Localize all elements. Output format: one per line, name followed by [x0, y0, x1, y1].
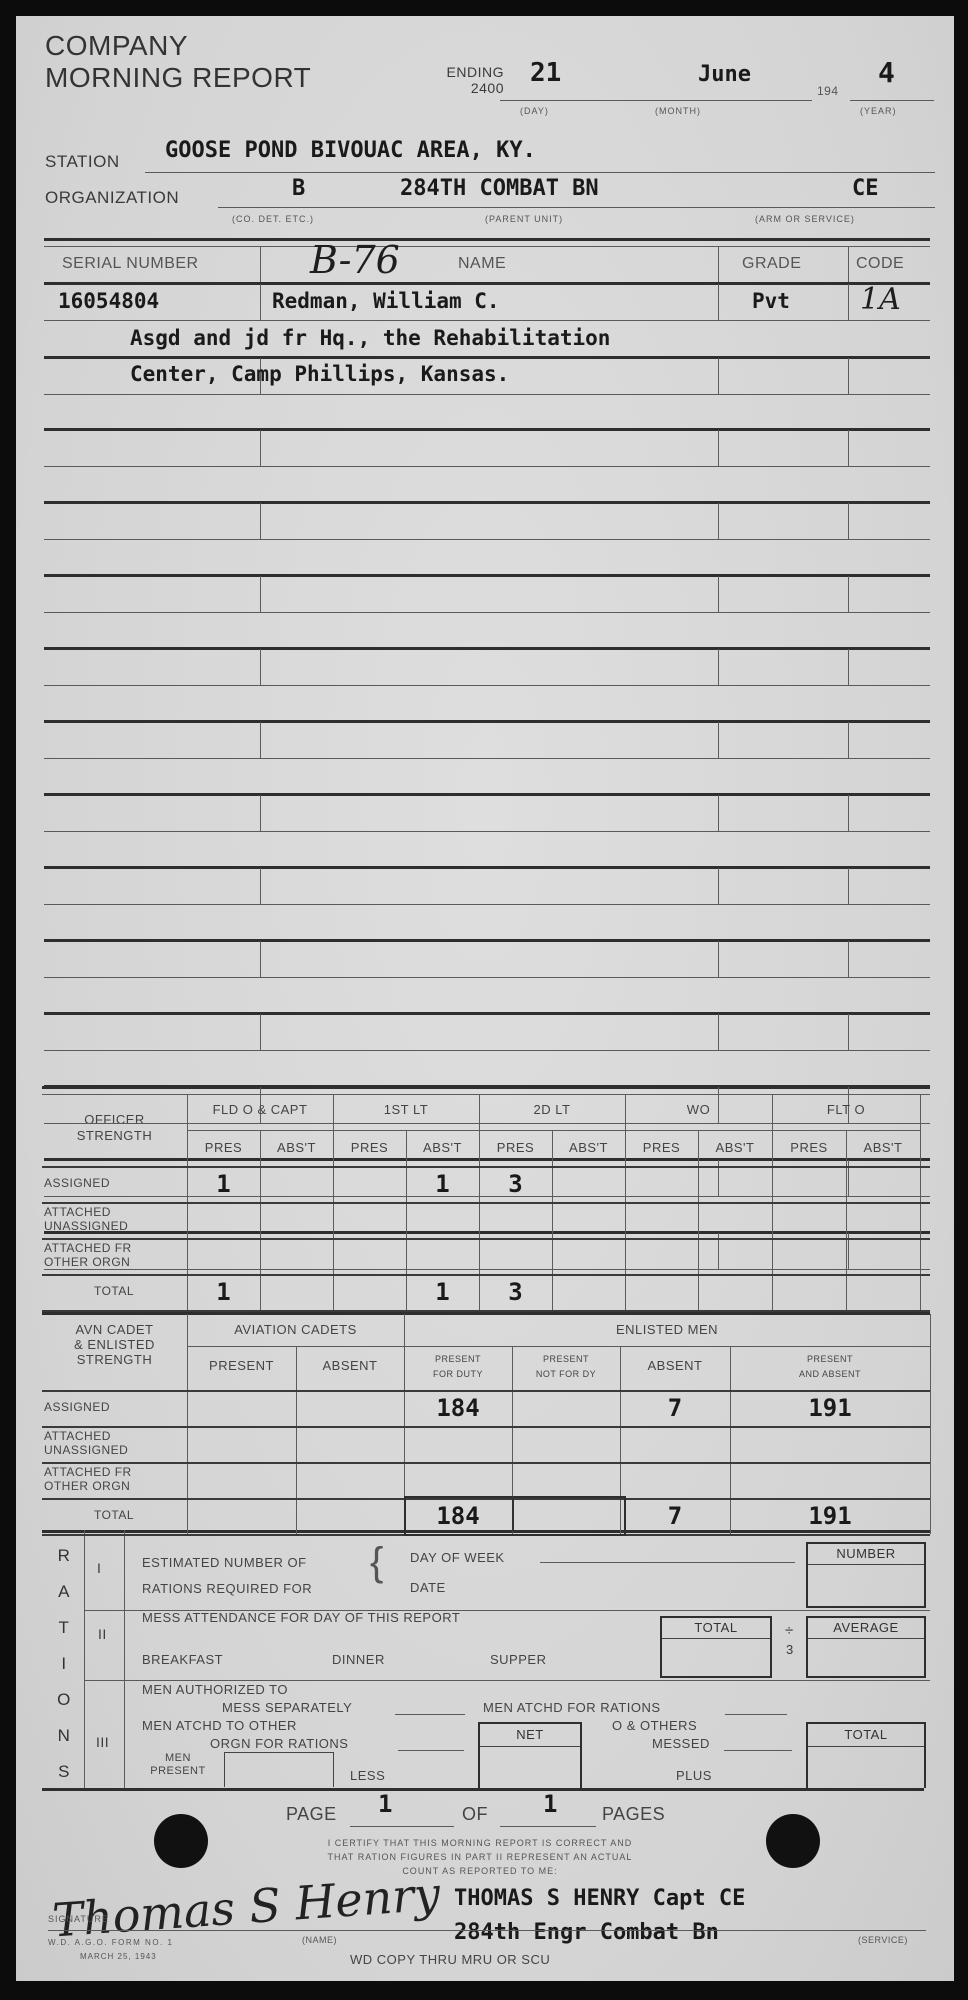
row-rule	[44, 1050, 930, 1051]
col-divider	[260, 284, 261, 320]
men-present-field[interactable]	[224, 1752, 334, 1787]
number-box[interactable]: NUMBER	[806, 1542, 926, 1608]
col-divider	[848, 941, 849, 977]
col-divider	[718, 941, 719, 977]
report-day: 21	[530, 58, 561, 88]
form-date: MARCH 25, 1943	[80, 1952, 157, 1961]
col-divider	[260, 868, 261, 904]
row-rule	[44, 1158, 930, 1161]
average-label: AVERAGE	[808, 1618, 924, 1639]
rations-side-letter: T	[44, 1618, 84, 1638]
form-title-line2: MORNING REPORT	[45, 62, 311, 94]
row-rule	[44, 685, 930, 686]
year-caption: (YEAR)	[860, 106, 897, 116]
divide-icon: ÷	[785, 1622, 794, 1639]
enlisted-cell: 7	[620, 1502, 730, 1530]
enlisted-cell: 191	[730, 1394, 930, 1422]
row-rule	[44, 866, 930, 869]
officer-cell: 1	[406, 1170, 479, 1198]
page-number: 1	[378, 1790, 392, 1818]
col-divider	[930, 1314, 931, 1534]
date-line	[500, 100, 812, 101]
col-divider	[260, 649, 261, 685]
station-value: GOOSE POND BIVOUAC AREA, KY.	[165, 138, 536, 163]
row-rule	[44, 1085, 930, 1088]
company-caption: (CO. DET. ETC.)	[232, 214, 314, 224]
col-divider	[260, 503, 261, 539]
roster-top-rule-2	[44, 246, 930, 247]
col-divider	[718, 576, 719, 612]
officer-row-label: ATTACHEDUNASSIGNED	[44, 1205, 184, 1233]
atchd-other-line1: MEN ATCHD TO OTHER	[142, 1718, 297, 1733]
code-header: CODE	[856, 255, 904, 273]
supper-label: SUPPER	[490, 1652, 546, 1667]
rations-numeral-divider	[124, 1530, 125, 1790]
men-atchd-rations-label: MEN ATCHD FOR RATIONS	[483, 1700, 661, 1715]
row-rule	[42, 1238, 930, 1240]
col-divider	[718, 503, 719, 539]
rations-side-letter: N	[44, 1726, 84, 1746]
part2-rule	[84, 1680, 930, 1681]
row-rule	[44, 466, 930, 467]
col-divider	[718, 649, 719, 685]
row-rule	[44, 574, 930, 577]
officer-subcol-header: PRES	[333, 1140, 406, 1155]
rations-side-letter: I	[44, 1654, 84, 1674]
row-rule	[44, 793, 930, 796]
signature-caption: SIGNATURE	[48, 1914, 109, 1924]
row-rule	[42, 1166, 930, 1168]
name-caption: (NAME)	[302, 1935, 337, 1945]
enlisted-subheader-rule	[187, 1346, 930, 1347]
col-divider	[718, 1014, 719, 1050]
part1-line2: RATIONS REQUIRED FOR	[142, 1576, 312, 1602]
signature-line	[48, 1930, 926, 1931]
col-divider	[718, 868, 719, 904]
net-label: NET	[480, 1724, 580, 1747]
entry-serial: 16054804	[58, 289, 159, 313]
officer-cell: 3	[479, 1170, 552, 1198]
entry-grade: Pvt	[752, 289, 790, 313]
officer-label-2: STRENGTH	[42, 1128, 187, 1144]
col-divider	[718, 284, 719, 320]
mess-total-box[interactable]: TOTAL	[660, 1616, 772, 1678]
rations-side-letter: S	[44, 1762, 84, 1782]
aviation-cadets-header: AVIATION CADETS	[187, 1322, 404, 1337]
year-prefix: 194	[817, 84, 839, 98]
men-present-1: MEN	[130, 1752, 226, 1765]
page-line	[350, 1826, 454, 1827]
officer-subcol-header: PRES	[187, 1140, 260, 1155]
col-divider	[187, 1314, 188, 1534]
row-rule	[44, 356, 930, 359]
row-rule	[44, 612, 930, 613]
col-divider	[846, 1130, 847, 1310]
mess-separately-field[interactable]	[395, 1714, 465, 1715]
parent-unit-caption: (PARENT UNIT)	[485, 214, 563, 224]
ending-time: 2400	[430, 80, 504, 96]
col-divider	[718, 795, 719, 831]
row-rule	[44, 977, 930, 978]
col-divider	[260, 722, 261, 758]
entry-remark-line1: Asgd and jd fr Hq., the Rehabilitation	[130, 326, 610, 350]
col-divider	[848, 1014, 849, 1050]
page-label: PAGE	[286, 1804, 337, 1825]
col-divider	[260, 1014, 261, 1050]
of-label: OF	[462, 1804, 488, 1825]
col-divider	[260, 941, 261, 977]
enlisted-col-header: PRESENTNOT FOR DY	[512, 1352, 620, 1382]
net-box[interactable]: NET	[478, 1722, 582, 1788]
col-divider	[848, 358, 849, 394]
part3-numeral: III	[96, 1734, 109, 1750]
punch-hole-left-icon	[154, 1814, 208, 1868]
day-of-week-field[interactable]	[540, 1562, 795, 1563]
row-rule	[42, 1274, 930, 1276]
officer-subcol-header: ABS'T	[552, 1140, 625, 1155]
row-rule	[44, 939, 930, 942]
rations-side-letter: R	[44, 1546, 84, 1566]
row-rule	[42, 1390, 930, 1392]
enlisted-col-header: PRESENTFOR DUTY	[404, 1352, 512, 1382]
month-caption: (MONTH)	[655, 106, 701, 116]
form-title-line1: COMPANY	[45, 30, 311, 62]
arm-service-caption: (ARM OR SERVICE)	[755, 214, 855, 224]
col-divider	[848, 576, 849, 612]
part2-numeral: II	[98, 1626, 107, 1642]
certification-text: I CERTIFY THAT THIS MORNING REPORT IS CO…	[250, 1836, 710, 1878]
col-divider	[260, 1130, 261, 1310]
officer-row-label: ASSIGNED	[44, 1176, 184, 1190]
men-authorized-line2: MESS SEPARATELY	[222, 1700, 352, 1715]
col-divider	[260, 576, 261, 612]
men-authorized-line1: MEN AUTHORIZED TO	[142, 1682, 288, 1697]
company-value: B	[292, 176, 305, 201]
punch-hole-right-icon	[766, 1814, 820, 1868]
parent-unit-value: 284TH COMBAT BN	[400, 176, 599, 201]
enlisted-cell: 7	[620, 1394, 730, 1422]
row-rule	[44, 501, 930, 504]
col-divider	[848, 868, 849, 904]
rations-side-letter: A	[44, 1582, 84, 1602]
less-label: LESS	[350, 1768, 385, 1783]
row-rule	[42, 1202, 930, 1204]
signer-name: THOMAS S HENRY Capt CE	[454, 1886, 745, 1911]
signer-unit: 284th Engr Combat Bn	[454, 1920, 719, 1945]
part1-text: ESTIMATED NUMBER OF RATIONS REQUIRED FOR	[142, 1550, 312, 1602]
plus-label: PLUS	[676, 1768, 712, 1783]
station-label: STATION	[45, 152, 120, 172]
part3-total-label: TOTAL	[808, 1724, 924, 1747]
col-divider	[848, 284, 849, 320]
enlisted-cell: 191	[730, 1502, 930, 1530]
officer-subcol-header: ABS'T	[698, 1140, 772, 1155]
station-line	[145, 172, 935, 173]
officer-strength-label: OFFICER STRENGTH	[42, 1112, 187, 1144]
row-rule	[44, 1012, 930, 1015]
enlisted-strength-label: AVN CADET & ENLISTED STRENGTH	[42, 1322, 187, 1367]
enlisted-col-header: PRESENTAND ABSENT	[730, 1352, 930, 1382]
enlisted-row-label: ATTACHEDUNASSIGNED	[44, 1429, 184, 1457]
officer-cell: 3	[479, 1278, 552, 1306]
col-divider	[718, 246, 719, 286]
handwritten-annotation: B-76	[310, 238, 400, 282]
col-divider	[848, 722, 849, 758]
certify-1: I CERTIFY THAT THIS MORNING REPORT IS CO…	[250, 1836, 710, 1850]
row-rule	[44, 394, 930, 395]
row-rule	[42, 1310, 930, 1312]
col-divider	[260, 430, 261, 466]
col-divider	[260, 246, 261, 286]
ending-text: ENDING	[430, 64, 504, 80]
row-rule	[44, 320, 930, 321]
total-present-box	[404, 1496, 626, 1536]
ending-label: ENDING 2400	[430, 64, 504, 96]
form-id: W.D. A.G.O. FORM NO. 1	[48, 1938, 173, 1947]
enlisted-col-header: ABSENT	[296, 1358, 404, 1374]
officer-subcol-header: ABS'T	[260, 1140, 333, 1155]
enlisted-top-rule	[42, 1312, 930, 1315]
part1-numeral: I	[97, 1560, 101, 1576]
officer-top-rule-2	[42, 1094, 930, 1095]
entry-remark-line2: Center, Camp Phillips, Kansas.	[130, 362, 509, 386]
organization-label: ORGANIZATION	[45, 188, 179, 208]
mess-attendance-title: MESS ATTENDANCE FOR DAY OF THIS REPORT	[142, 1610, 460, 1625]
officer-group-header: 2D LT	[479, 1102, 625, 1117]
col-divider	[718, 722, 719, 758]
row-rule	[44, 758, 930, 759]
row-rule	[44, 1269, 930, 1270]
men-present-2: PRESENT	[130, 1765, 226, 1778]
officer-row-label: TOTAL	[44, 1284, 184, 1298]
col-divider	[848, 795, 849, 831]
report-month: June	[698, 62, 751, 87]
number-box-label: NUMBER	[808, 1544, 924, 1565]
col-divider	[260, 795, 261, 831]
year-line	[850, 100, 934, 101]
organization-line	[218, 207, 935, 208]
form-title: COMPANY MORNING REPORT	[45, 30, 311, 94]
atchd-other-line2: ORGN FOR RATIONS	[210, 1736, 348, 1751]
enlisted-row-label: ATTACHED FROTHER ORGN	[44, 1465, 184, 1493]
name-header: NAME	[458, 255, 506, 273]
officer-group-header: 1ST LT	[333, 1102, 479, 1117]
row-rule	[44, 904, 930, 905]
col-divider	[848, 503, 849, 539]
serial-number-header: SERIAL NUMBER	[62, 255, 199, 273]
grade-header: GRADE	[742, 255, 801, 273]
enlisted-men-header: ENLISTED MEN	[404, 1322, 930, 1337]
row-rule	[44, 647, 930, 650]
entry-name: Redman, William C.	[272, 289, 500, 313]
mess-total-label: TOTAL	[662, 1618, 770, 1639]
row-rule	[44, 428, 930, 431]
others-messed-field[interactable]	[724, 1750, 792, 1751]
average-box[interactable]: AVERAGE	[806, 1616, 926, 1678]
enlisted-row-label: ASSIGNED	[44, 1400, 184, 1414]
entry-code: 1A	[860, 282, 901, 317]
others-line2: MESSED	[652, 1736, 710, 1751]
officer-group-header: WO	[625, 1102, 772, 1117]
arm-service-value: CE	[852, 176, 879, 201]
col-divider	[718, 358, 719, 394]
officer-subcol-header: PRES	[625, 1140, 698, 1155]
enlisted-row-label: TOTAL	[44, 1508, 184, 1522]
row-rule	[42, 1426, 930, 1428]
col-divider	[848, 649, 849, 685]
day-caption: (DAY)	[520, 106, 549, 116]
row-rule	[42, 1462, 930, 1464]
enlisted-label-2: & ENLISTED	[42, 1337, 187, 1352]
roster-header-rule	[44, 282, 930, 285]
enlisted-col-header: PRESENT	[187, 1358, 296, 1374]
officer-row-label: ATTACHED FROTHER ORGN	[44, 1241, 184, 1269]
officer-subheader-rule	[187, 1130, 920, 1131]
officer-cell: 1	[187, 1170, 260, 1198]
atchd-rations-field[interactable]	[725, 1714, 787, 1715]
officer-cell: 1	[406, 1278, 479, 1306]
roster-top-rule	[44, 238, 930, 241]
row-rule	[44, 831, 930, 832]
col-divider	[848, 246, 849, 286]
men-present-label: MEN PRESENT	[130, 1752, 226, 1778]
row-rule	[44, 539, 930, 540]
col-divider	[512, 1496, 514, 1532]
enlisted-col-header: ABSENT	[620, 1358, 730, 1374]
officer-label-1: OFFICER	[42, 1112, 187, 1128]
date-label: DATE	[410, 1580, 446, 1595]
officer-group-header: FLD O & CAPT	[187, 1102, 333, 1117]
enlisted-label-3: STRENGTH	[42, 1352, 187, 1367]
day-of-week-label: DAY OF WEEK	[410, 1550, 505, 1565]
col-divider	[698, 1130, 699, 1310]
certify-2: THAT RATION FIGURES IN PART II REPRESENT…	[250, 1850, 710, 1864]
report-year-digit: 4	[878, 56, 895, 89]
page-total: 1	[543, 1790, 557, 1818]
part1-line1: ESTIMATED NUMBER OF	[142, 1550, 312, 1576]
rations-side-divider	[84, 1530, 85, 1790]
enlisted-label-1: AVN CADET	[42, 1322, 187, 1337]
row-rule	[44, 1123, 930, 1124]
atchd-other-field[interactable]	[398, 1750, 464, 1751]
divisor: 3	[786, 1642, 794, 1657]
dinner-label: DINNER	[332, 1652, 385, 1667]
officer-subcol-header: ABS'T	[846, 1140, 920, 1155]
brace-icon: {	[370, 1540, 384, 1585]
officer-subcol-header: PRES	[479, 1140, 552, 1155]
page-total-line	[500, 1826, 596, 1827]
officer-subcol-header: ABS'T	[406, 1140, 479, 1155]
service-caption: (SERVICE)	[858, 1935, 908, 1945]
enlisted-cell: 184	[404, 1394, 512, 1422]
col-divider	[552, 1130, 553, 1310]
pages-label: PAGES	[602, 1804, 665, 1825]
officer-subcol-header: PRES	[772, 1140, 846, 1155]
officer-cell: 1	[187, 1278, 260, 1306]
others-line1: O & OTHERS	[612, 1718, 697, 1733]
part3-total-box[interactable]: TOTAL	[806, 1722, 926, 1788]
breakfast-label: BREAKFAST	[142, 1652, 223, 1667]
col-divider	[718, 430, 719, 466]
rations-bottom-rule	[42, 1788, 924, 1791]
col-divider	[296, 1346, 297, 1534]
copy-note: WD COPY THRU MRU OR SCU	[350, 1952, 550, 1967]
rations-side-letter: O	[44, 1690, 84, 1710]
row-rule	[44, 720, 930, 723]
col-divider	[848, 430, 849, 466]
officer-group-header: FLT O	[772, 1102, 920, 1117]
